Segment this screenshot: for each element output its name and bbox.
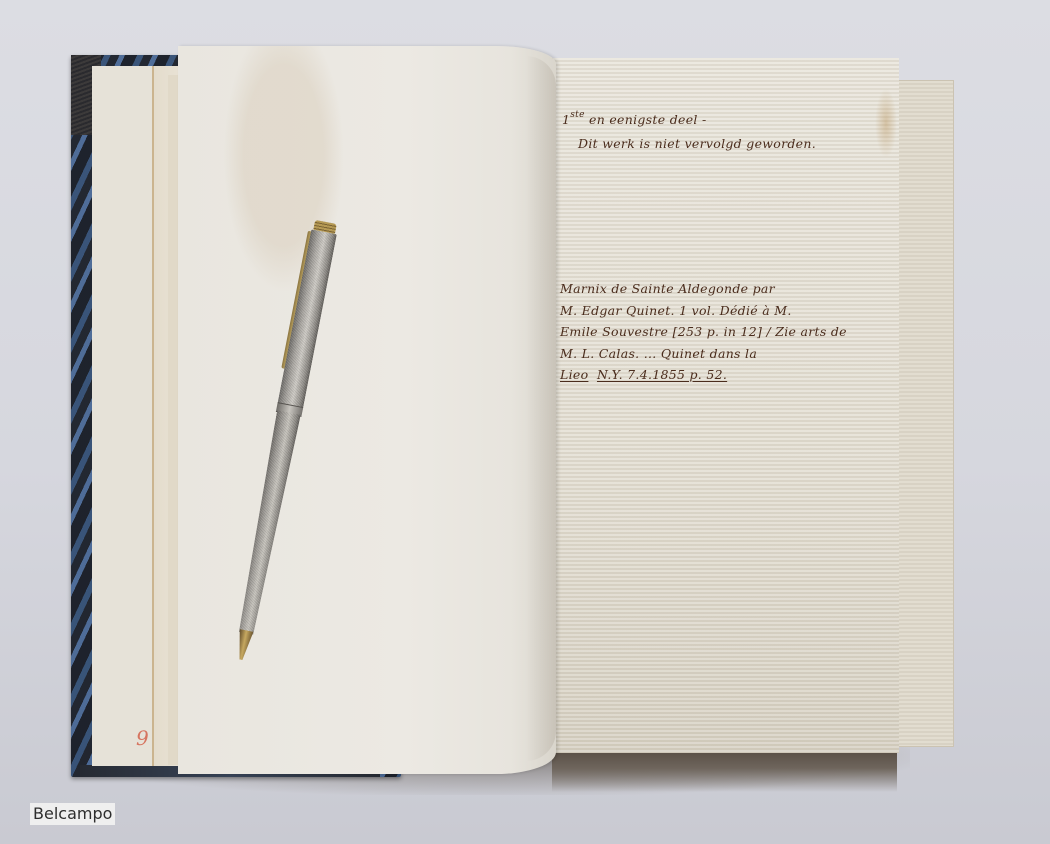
handwritten-bibliographic-note: Marnix de Sainte Aldegonde par M. Edgar … (560, 278, 847, 386)
right-page-shadow (552, 752, 897, 792)
right-flyleaf-page (552, 58, 899, 753)
handwritten-note-line-2: Dit werk is niet vervolgd geworden. (578, 136, 816, 151)
foxing-stain (875, 88, 897, 158)
pencil-page-mark: 9 (136, 726, 149, 750)
underlined-word: Lieo (560, 367, 588, 382)
note-block-line-last: Lieo N.Y. 7.4.1855 p. 52. (560, 364, 847, 386)
watermark-label: Belcampo (30, 803, 115, 825)
note-block-line: Marnix de Sainte Aldegonde par (560, 278, 847, 300)
note-superscript: ste (570, 110, 584, 120)
underlined-reference: N.Y. 7.4.1855 p. 52. (597, 367, 727, 382)
pen-tip (234, 629, 253, 661)
photo-scene: 9 1ste en eenigste deel - Dit werk is ni… (0, 0, 1050, 844)
note-block-line: M. Edgar Quinet. 1 vol. Dédié à M. (560, 300, 847, 322)
note-block-line: Emile Souvestre [253 p. in 12] / Zie art… (560, 321, 847, 343)
handwritten-note-line-1: 1ste en eenigste deel - (562, 110, 706, 127)
note-line-1-text: en eenigste deel - (589, 112, 706, 127)
right-back-pages (890, 80, 954, 747)
note-block-line: M. L. Calas. ... Quinet dans la (560, 343, 847, 365)
